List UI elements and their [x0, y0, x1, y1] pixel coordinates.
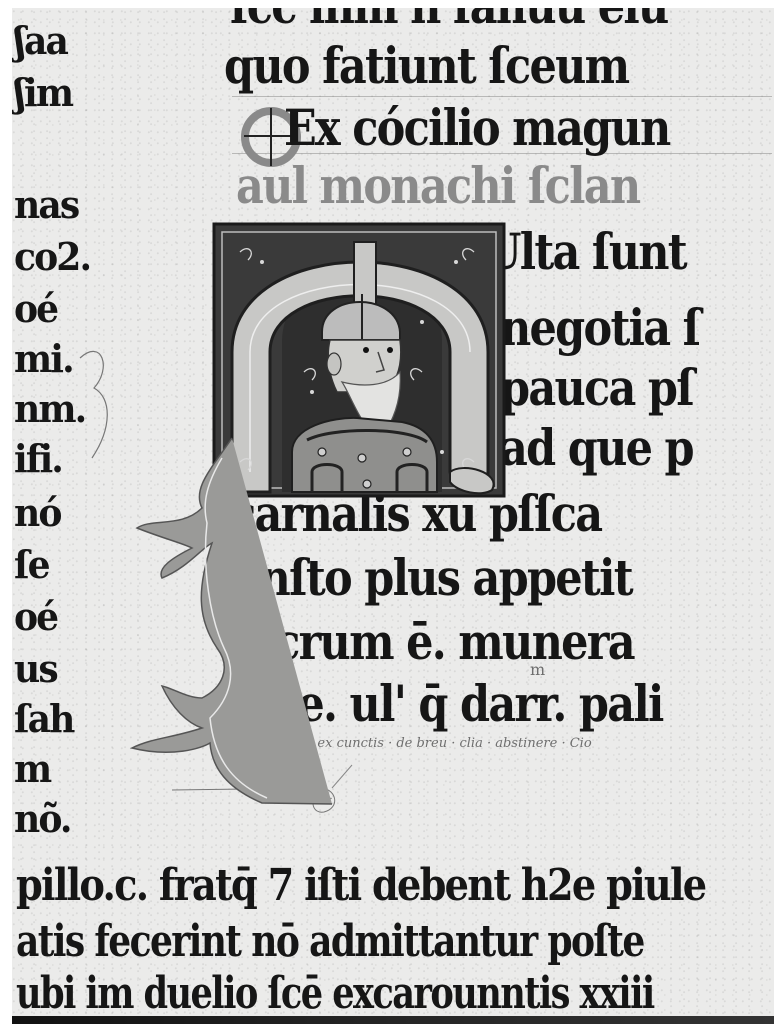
foliate-border-ornament-icon	[92, 428, 332, 828]
text-line: pillo.c. fratq̄ 7 iſti debent h2e piule	[16, 860, 705, 911]
photo-bottom-edge	[12, 1016, 774, 1024]
text-line: mi.	[14, 336, 73, 381]
text-line: ʃaa	[14, 18, 67, 63]
text-line: ſe	[14, 542, 49, 587]
text-line: oé	[14, 286, 57, 331]
text-line: Ulta ſunt	[484, 222, 686, 281]
text-line: m	[14, 746, 50, 791]
text-line: ʃim	[14, 70, 72, 115]
text-line: quo fatiunt ſceum	[224, 36, 628, 95]
text-line: co2.	[14, 234, 90, 279]
text-line: negotia ſ	[500, 298, 699, 357]
text-line: oé	[14, 594, 57, 639]
text-line: nõ.	[14, 796, 71, 841]
text-line: ubi im duelio ſcē excarounntis xxiii	[16, 968, 654, 1016]
rubric-line: aul monachi ſclan	[236, 156, 639, 215]
text-line-cut: ſcc ihm n fanuu eiu	[230, 8, 668, 35]
text-line: pauca pſ	[500, 358, 693, 417]
ruling-line	[232, 96, 772, 97]
manuscript-page: ʃaa ʃim nas co2. oé mi. nm. ifi. nó ſe o…	[12, 8, 774, 1016]
text-line: atis fecerint nō admittantur poſte	[16, 916, 644, 967]
text-line: ad que p	[500, 418, 693, 477]
text-line: ſah	[14, 696, 73, 741]
text-line: us	[14, 646, 57, 691]
text-line: nó	[14, 490, 61, 535]
text-line: nas	[14, 182, 78, 227]
text-line: ifi.	[14, 436, 62, 481]
text-line: Ex cócilio magun	[284, 98, 670, 157]
